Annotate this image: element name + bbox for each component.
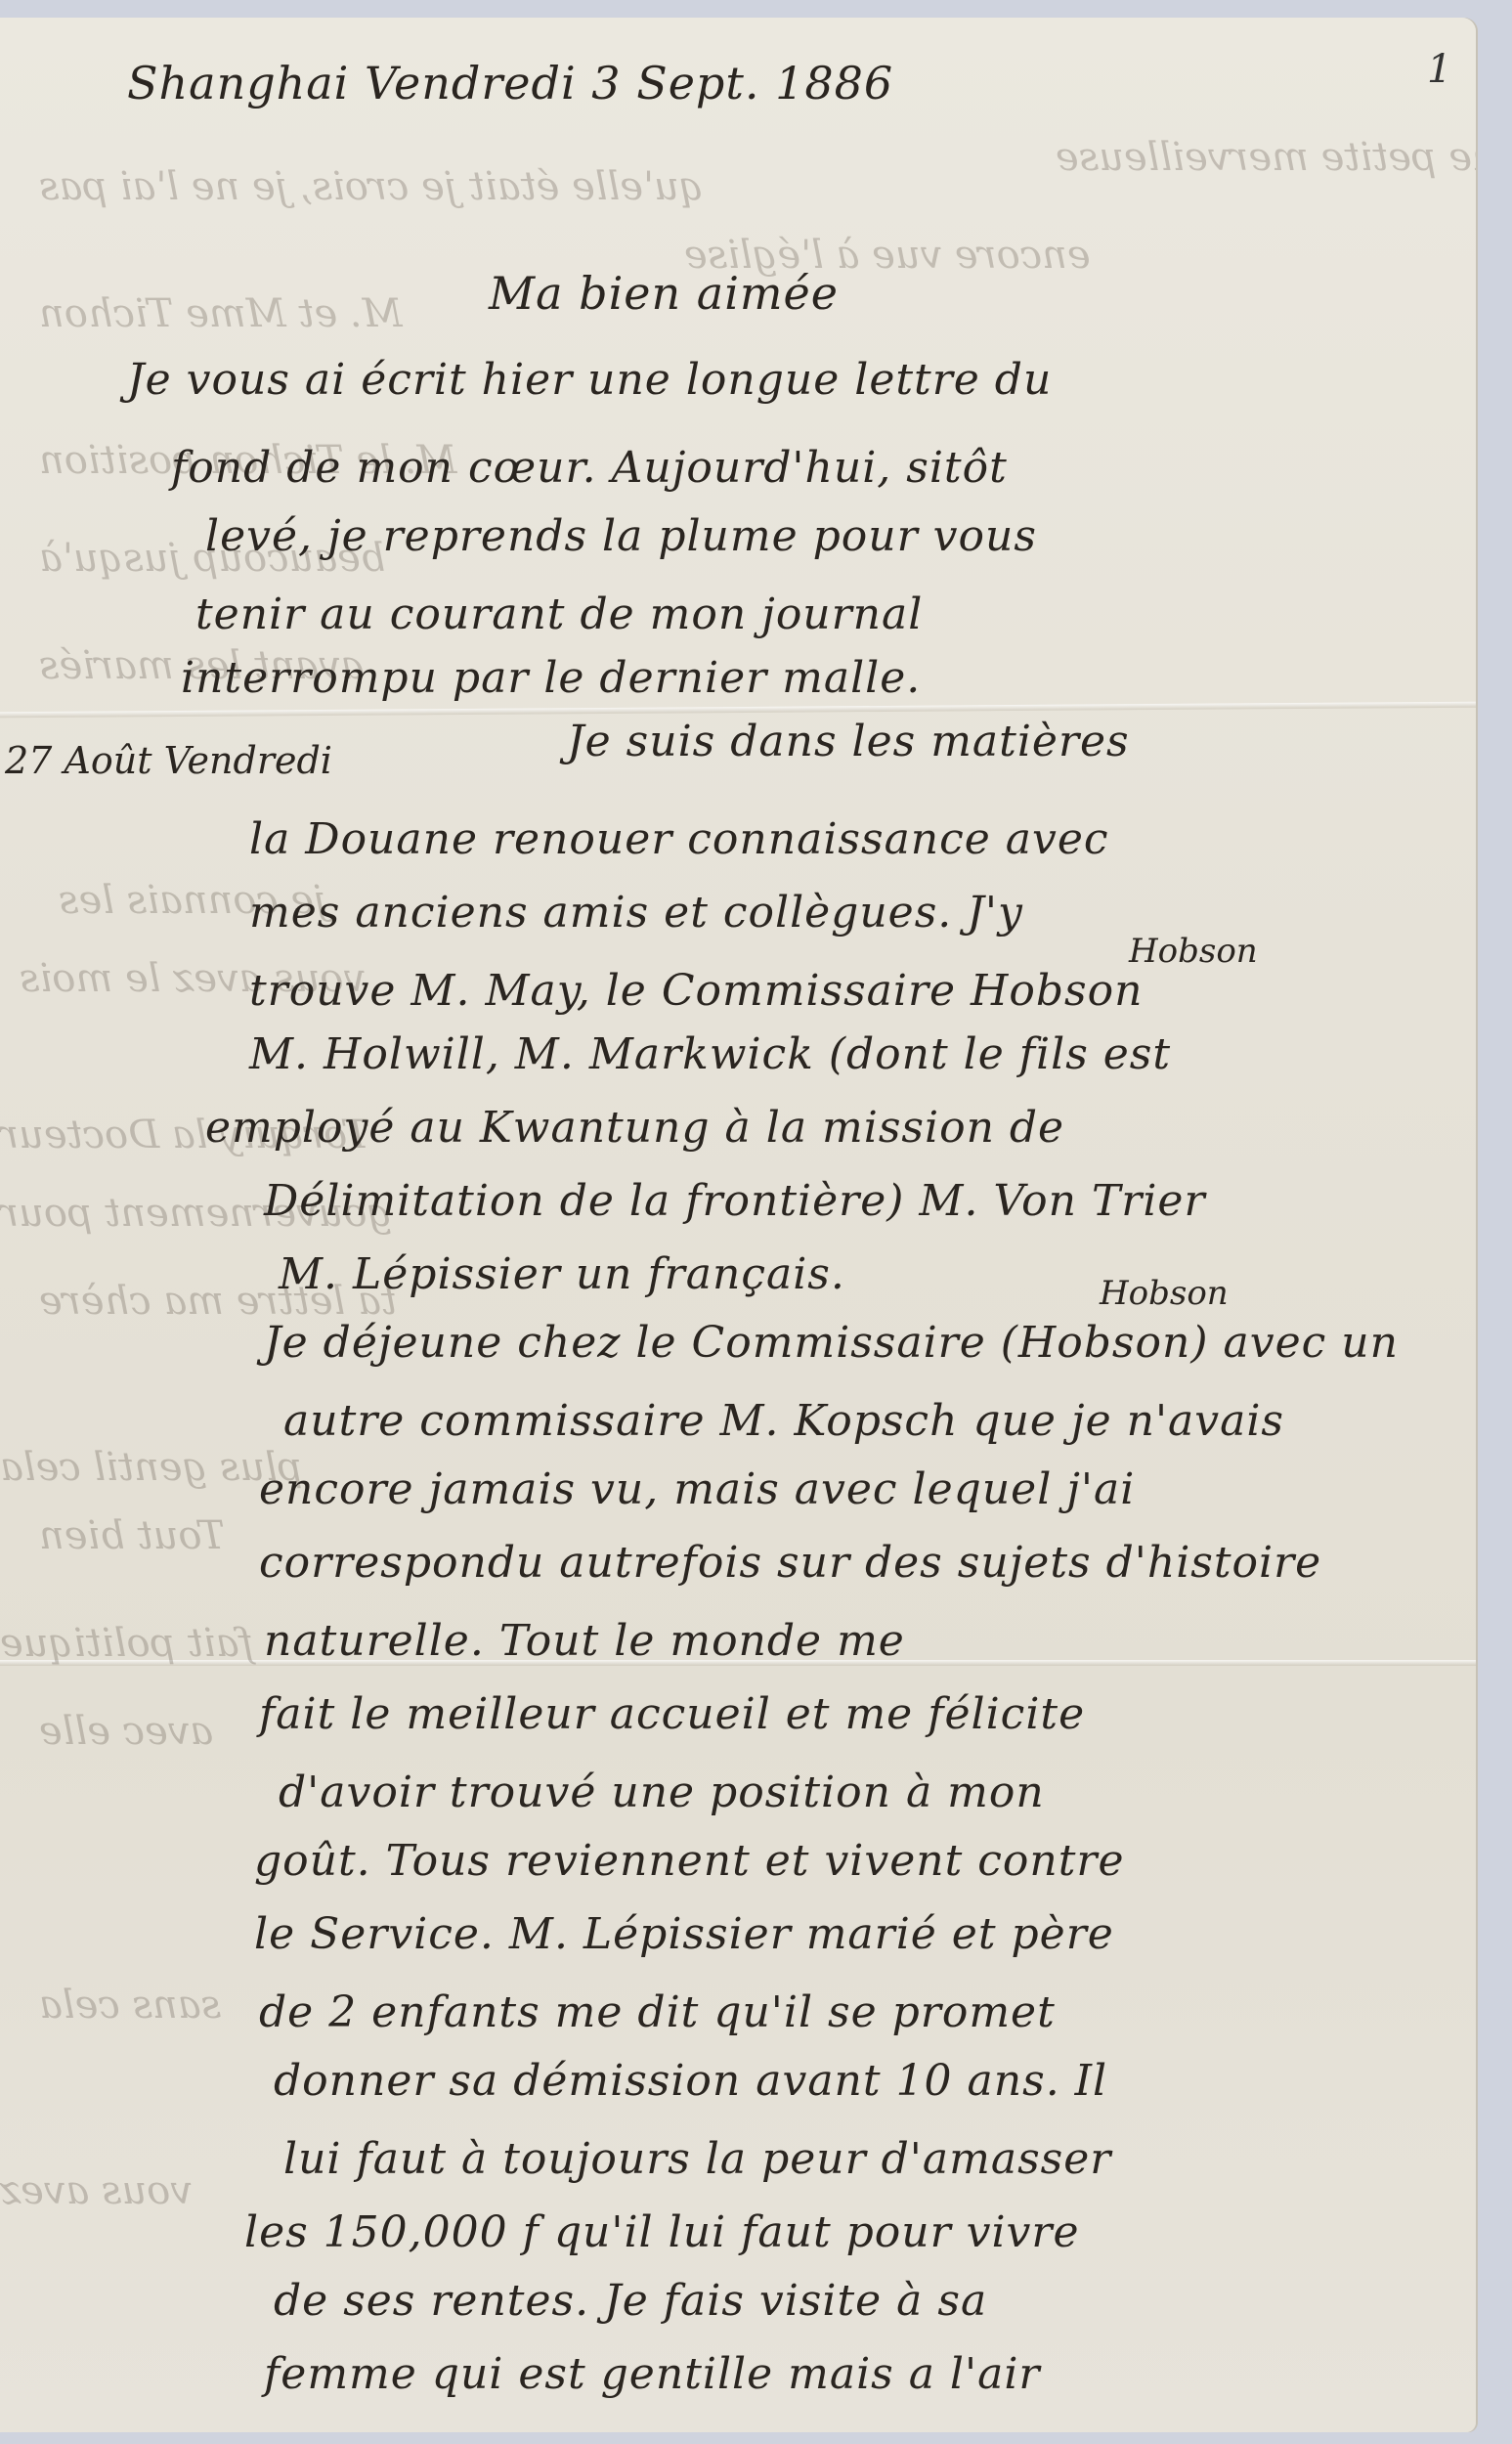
- bleed-through-text: qu'elle était je crois, je ne l'ai pas: [39, 164, 704, 209]
- letter-line: tenir au courant de mon journal: [195, 589, 923, 639]
- letter-line: Délimitation de la frontière) M. Von Tri…: [264, 1176, 1206, 1226]
- letter-line: femme qui est gentille mais a l'air: [264, 2349, 1040, 2399]
- letter-line: trouve M. May, le Commissaire Hobson: [249, 966, 1143, 1016]
- bleed-through-text: vous avez: [0, 2168, 193, 2213]
- letter-line: la Douane renouer connaissance avec: [249, 814, 1109, 864]
- letter-line: correspondu autrefois sur des sujets d'h…: [259, 1538, 1321, 1588]
- bleed-through-text: M. et Mme Tichon: [39, 291, 403, 336]
- bleed-through-text: plus gentil cela: [0, 1445, 303, 1490]
- letter-line: employé au Kwantung à la mission de: [205, 1103, 1064, 1153]
- paper-fold: [0, 702, 1476, 719]
- bleed-through-text: Tout bien: [39, 1513, 225, 1558]
- letter-line: fond de mon cœur. Aujourd'hui, sitôt: [171, 443, 1008, 493]
- page-number: 1: [1427, 47, 1451, 92]
- letter-line: Je déjeune chez le Commissaire (Hobson) …: [264, 1318, 1399, 1368]
- letter-line: de ses rentes. Je fais visite à sa: [274, 2276, 987, 2326]
- bleed-through-text: Jeune petite merveilleuse: [1056, 135, 1476, 180]
- letter-line: goût. Tous reviennent et vivent contre: [254, 1836, 1125, 1886]
- letter-line: M. Holwill, M. Markwick (dont le fils es…: [249, 1029, 1171, 1079]
- letter-line: mes anciens amis et collègues. J'y: [249, 888, 1023, 938]
- letter-line: de 2 enfants me dit qu'il se promet: [259, 1987, 1056, 2037]
- letter-line: Je vous ai écrit hier une longue lettre …: [127, 355, 1052, 405]
- letter-line: interrompu par le dernier malle.: [181, 653, 921, 703]
- letter-line: M. Lépissier un français.: [279, 1249, 845, 1299]
- bleed-through-text: avec elle: [39, 1709, 213, 1754]
- bleed-through-text: sans cela: [39, 1983, 221, 2028]
- letter-line: encore jamais vu, mais avec lequel j'ai: [259, 1464, 1135, 1514]
- letter-line: le Service. M. Lépissier marié et père: [254, 1909, 1114, 1959]
- letter-line: les 150,000 f qu'il lui faut pour vivre: [244, 2207, 1079, 2257]
- salutation: Ma bien aimée: [489, 267, 839, 320]
- interlinear-note: Hobson: [1129, 932, 1258, 971]
- letter-line: autre commissaire M. Kopsch que je n'ava…: [283, 1396, 1284, 1446]
- bleed-through-text: fait politique: [0, 1621, 253, 1666]
- letter-line: d'avoir trouvé une position à mon: [279, 1768, 1045, 1817]
- letter-line: naturelle. Tout le monde me: [264, 1616, 905, 1666]
- letter-page: Jeune petite merveilleuse qu'elle était …: [0, 18, 1476, 2432]
- letter-line: donner sa démission avant 10 ans. Il: [274, 2056, 1107, 2106]
- letter-line: Je suis dans les matières: [567, 717, 1130, 766]
- letter-header: Shanghai Vendredi 3 Sept. 1886: [127, 57, 893, 109]
- letter-line: levé, je reprends la plume pour vous: [205, 511, 1037, 561]
- letter-line: fait le meilleur accueil et me félicite: [259, 1689, 1085, 1739]
- letter-line: lui faut à toujours la peur d'amasser: [283, 2134, 1111, 2184]
- margin-date-note: 27 Août Vendredi: [5, 739, 332, 782]
- interlinear-note: Hobson: [1100, 1274, 1229, 1313]
